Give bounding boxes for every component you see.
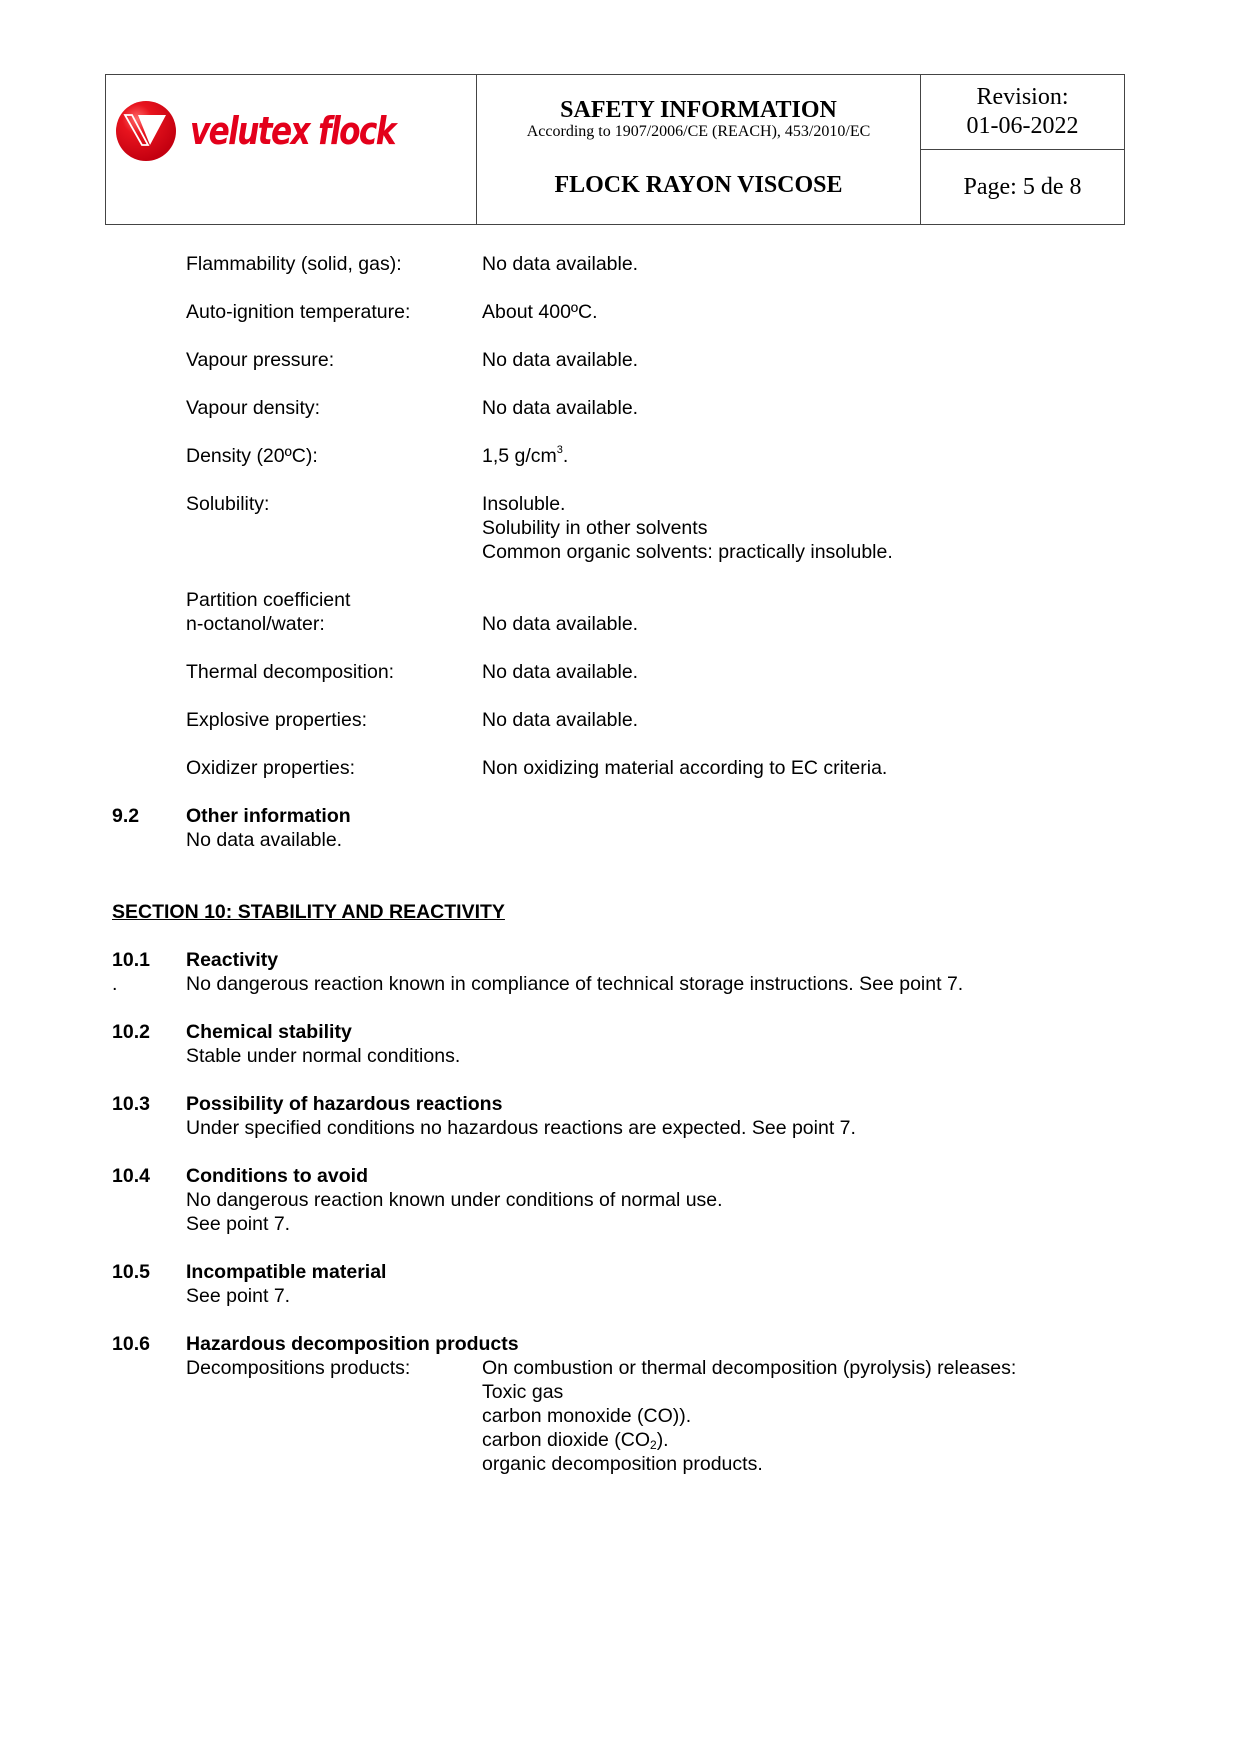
density-value: 1,5 g/cm [482, 445, 557, 467]
section-text: carbon dioxide (CO2). [482, 1428, 669, 1452]
property-label: Auto-ignition temperature: [186, 300, 410, 324]
property-label: Oxidizer properties: [186, 756, 355, 780]
property-value: No data available. [482, 612, 638, 636]
property-value: Common organic solvents: practically ins… [482, 540, 893, 564]
section-number: 10.3 [112, 1092, 150, 1116]
section-text: See point 7. [186, 1284, 290, 1308]
regulation-reference: According to 1907/2006/CE (REACH), 453/2… [477, 123, 920, 141]
revision-date: 01-06-2022 [921, 112, 1124, 141]
section-text: Under specified conditions no hazardous … [186, 1116, 856, 1140]
logo-cell: velutex flock [106, 75, 477, 224]
revision-label: Revision: [921, 83, 1124, 112]
section-text: organic decomposition products. [482, 1452, 763, 1476]
section-heading: Incompatible material [186, 1260, 386, 1284]
section-text: On combustion or thermal decomposition (… [482, 1356, 1016, 1380]
property-label: Thermal decomposition: [186, 660, 394, 684]
property-value: Non oxidizing material according to EC c… [482, 756, 887, 780]
title-cell: SAFETY INFORMATION According to 1907/200… [477, 75, 921, 224]
section-title: SECTION 10: STABILITY AND REACTIVITY [112, 900, 505, 924]
revision-block: Revision: 01-06-2022 [921, 75, 1124, 150]
list-marker: . [112, 972, 117, 996]
document-header: velutex flock SAFETY INFORMATION Accordi… [105, 74, 1125, 225]
density-suffix: . [563, 445, 568, 467]
section-text: Toxic gas [482, 1380, 563, 1404]
section-heading: Chemical stability [186, 1020, 352, 1044]
document-title: SAFETY INFORMATION [477, 97, 920, 123]
section-number: 10.6 [112, 1332, 150, 1356]
revision-cell: Revision: 01-06-2022 Page: 5 de 8 [921, 75, 1124, 224]
section-text: carbon monoxide (CO)). [482, 1404, 691, 1428]
property-value: No data available. [482, 708, 638, 732]
section-number: 10.1 [112, 948, 150, 972]
product-name: FLOCK RAYON VISCOSE [477, 171, 920, 199]
property-value: No data available. [482, 252, 638, 276]
property-value: Insoluble. [482, 492, 565, 516]
section-heading: Hazardous decomposition products [186, 1332, 519, 1356]
section-heading: Possibility of hazardous reactions [186, 1092, 502, 1116]
property-label: Partition coefficient [186, 588, 350, 612]
property-label: Decompositions products: [186, 1356, 410, 1380]
section-heading: Reactivity [186, 948, 278, 972]
property-value: 1,5 g/cm3. [482, 444, 568, 468]
property-value: No data available. [482, 348, 638, 372]
section-text: No dangerous reaction known under condit… [186, 1188, 723, 1212]
property-label: n-octanol/water: [186, 612, 325, 636]
property-label: Flammability (solid, gas): [186, 252, 402, 276]
section-text: Stable under normal conditions. [186, 1044, 460, 1068]
section-number: 9.2 [112, 804, 139, 828]
property-label: Explosive properties: [186, 708, 367, 732]
section-text: No data available. [186, 828, 342, 852]
section-number: 10.4 [112, 1164, 150, 1188]
property-value: No data available. [482, 660, 638, 684]
property-label: Vapour pressure: [186, 348, 334, 372]
property-label: Vapour density: [186, 396, 320, 420]
co2-subscript: 2 [650, 1438, 657, 1452]
co2-suffix: ). [657, 1429, 669, 1451]
section-text: See point 7. [186, 1212, 290, 1236]
logo-wordmark: velutex flock [190, 109, 395, 153]
property-label: Solubility: [186, 492, 269, 516]
co2-text: carbon dioxide (CO [482, 1429, 650, 1451]
property-value: Solubility in other solvents [482, 516, 707, 540]
company-logo: velutex flock [114, 99, 440, 163]
property-label: Density (20ºC): [186, 444, 318, 468]
velutex-logo-icon [114, 99, 178, 163]
section-heading: Conditions to avoid [186, 1164, 368, 1188]
page-number: Page: 5 de 8 [921, 150, 1124, 224]
property-value: No data available. [482, 396, 638, 420]
section-heading: Other information [186, 804, 351, 828]
property-value: About 400ºC. [482, 300, 598, 324]
section-text: No dangerous reaction known in complianc… [186, 972, 963, 996]
section-number: 10.5 [112, 1260, 150, 1284]
section-number: 10.2 [112, 1020, 150, 1044]
